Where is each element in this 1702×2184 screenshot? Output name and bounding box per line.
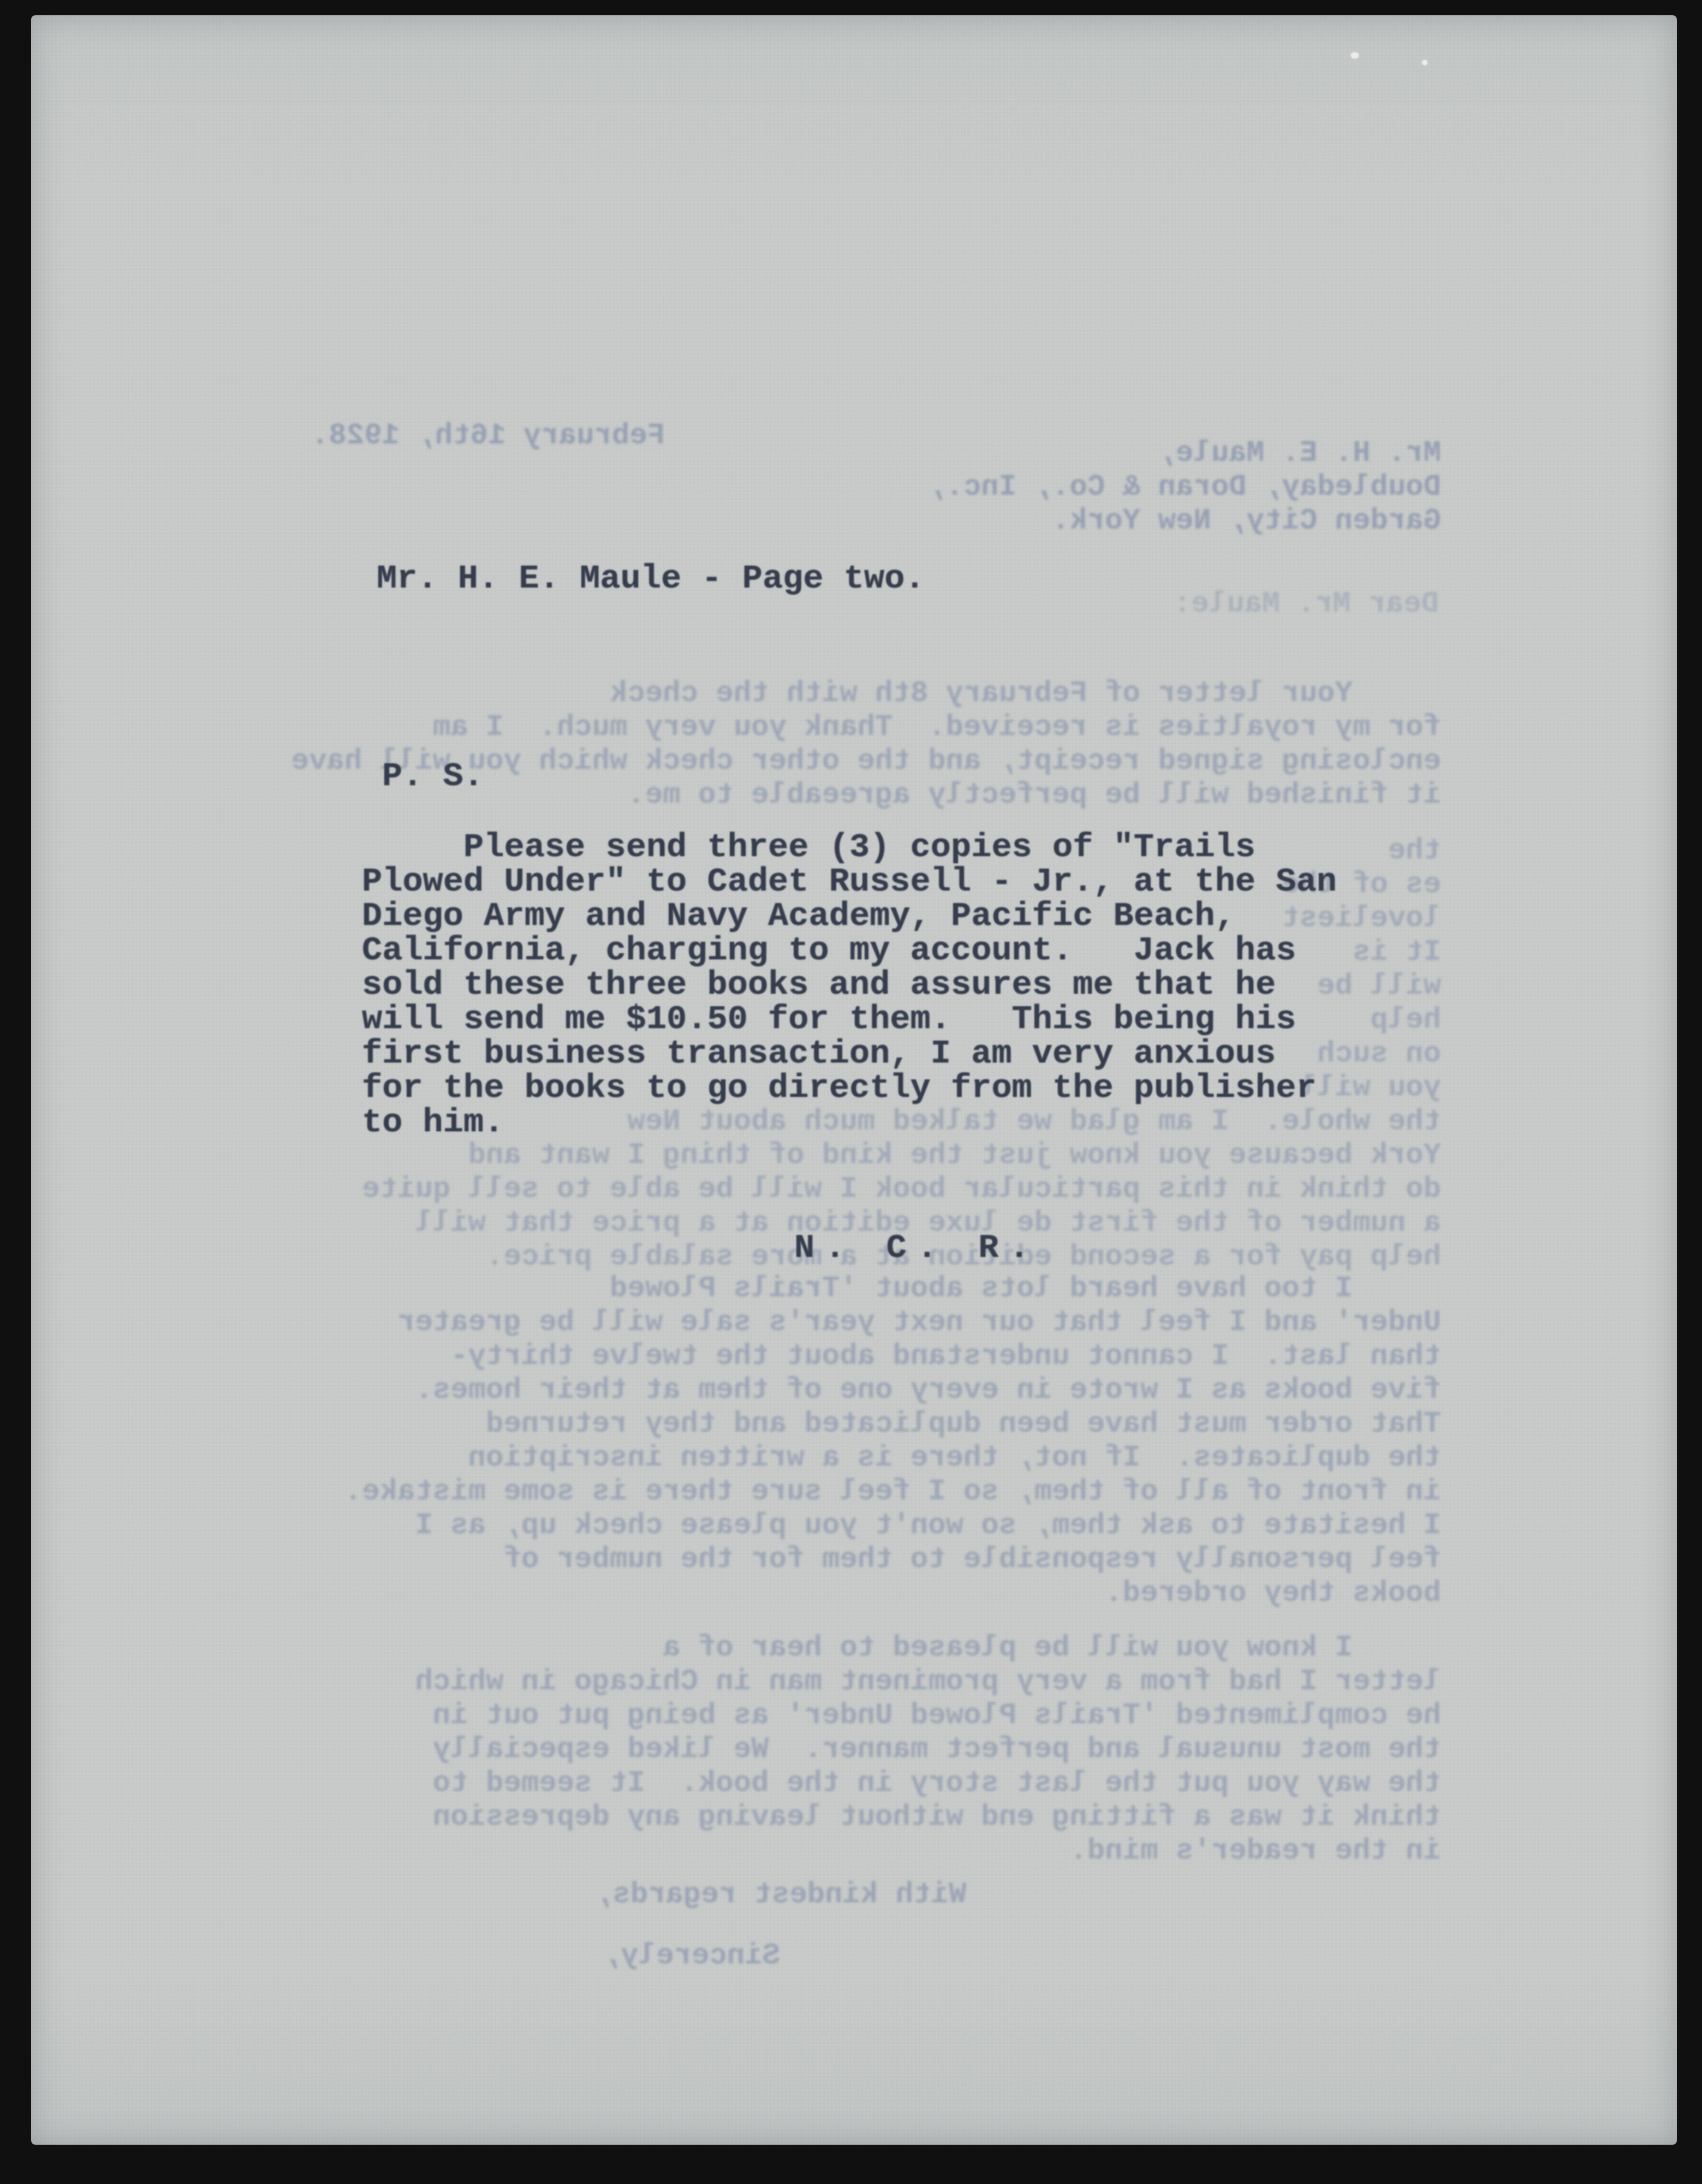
paper-speck xyxy=(1351,52,1359,58)
bleedthrough-paragraph-1: Your letter of February 8th with the che… xyxy=(328,677,1441,812)
bleedthrough-closing: With kindest regards, xyxy=(595,1878,967,1912)
postscript-paragraph: Please send three (3) copies of "Trails … xyxy=(362,830,1337,1140)
bleedthrough-signature: Sincerely, xyxy=(603,1939,780,1973)
scan-background: { "scan": { "background_color": "#101010… xyxy=(0,0,1702,2184)
page-heading: Mr. H. E. Maule - Page two. xyxy=(377,561,925,596)
bleedthrough-address-block: Mr. H. E. Maule, Doubleday, Doran & Co.,… xyxy=(928,437,1441,538)
bleedthrough-salutation: Dear Mr. Maule: xyxy=(1174,587,1439,621)
letter-page: February 16th, 1928. Mr. H. E. Maule, Do… xyxy=(31,15,1677,2145)
paper-speck xyxy=(1422,60,1427,65)
typist-initials: N. C. R. xyxy=(794,1231,1040,1265)
bleedthrough-paragraph-3: I too have heard lots about 'Trails Plow… xyxy=(328,1272,1441,1611)
bleedthrough-paragraph-4: I know you will be pleased to hear of a … xyxy=(328,1631,1441,1868)
postscript-label: P. S. xyxy=(382,759,484,793)
bleedthrough-date-line: February 16th, 1928. xyxy=(311,419,665,453)
